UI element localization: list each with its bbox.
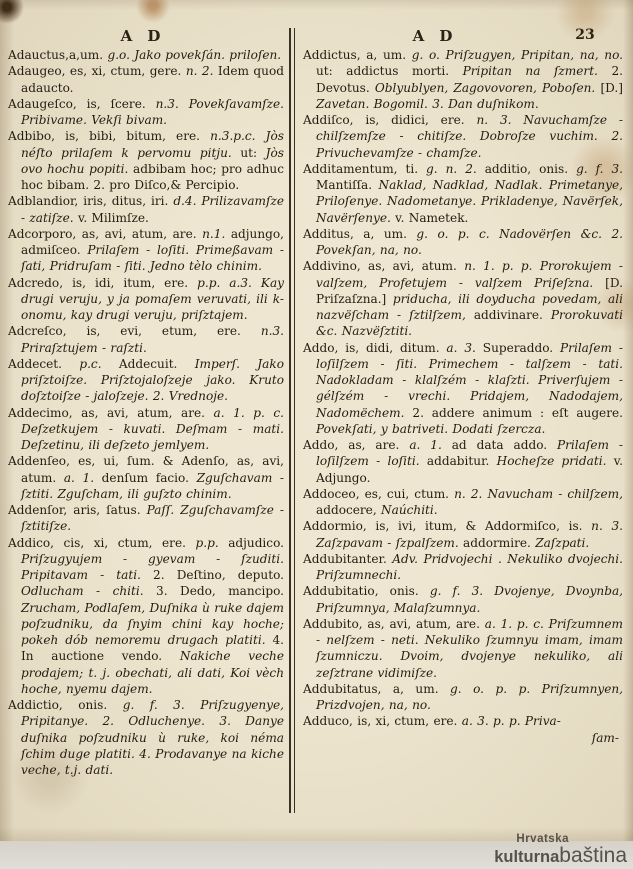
entry-segment: Addivino, as, avi, atum. — [303, 259, 464, 273]
dictionary-entry: Addubito, as, avi, atum, are. a. 1. p. c… — [303, 616, 623, 681]
entry-segment: Addormio, is, ivi, itum, & Addormiſco, i… — [303, 519, 591, 533]
dictionary-entry: Additus, a, um. g. o. p. c. Nadovërſen &… — [303, 226, 623, 259]
entry-segment: 2. addere animum : eſt augere. — [412, 406, 623, 420]
dictionary-entry: Addecimo, as, avi, atum, are. a. 1. p. c… — [8, 405, 284, 454]
dictionary-entry: Addormio, is, ivi, itum, & Addormiſco, i… — [303, 518, 623, 551]
dictionary-entry: Addo, as, are. a. 1. ad data addo. Prila… — [303, 437, 623, 486]
entry-segment: Adblandior, iris, ditus, iri. — [8, 194, 173, 208]
dictionary-entry: Addecet. p.c. Addecuit. Imperſ. Jako pri… — [8, 356, 284, 405]
entry-segment: Naúchiti. — [381, 503, 438, 517]
entry-segment: additio, onis. — [485, 162, 576, 176]
entry-segment: Addecet. — [8, 357, 79, 371]
entry-segment: Addictio, onis. — [8, 698, 123, 712]
entry-segment: Adcredo, is, idi, itum, ere. — [8, 276, 197, 290]
entry-segment: Addubitatio, onis. — [303, 584, 430, 598]
catchword: ſam- — [303, 730, 623, 746]
entry-segment: Addictus, a, um. — [303, 48, 412, 62]
dictionary-entry: Additamentum, ti. g. n. 2. additio, onis… — [303, 161, 623, 226]
entry-segment: Adbibo, is, bibi, bitum, ere. — [8, 129, 210, 143]
dictionary-entry: Addictus, a, um. g. o. Priſzugyen, Pripi… — [303, 47, 623, 112]
dictionary-entry: Adcreſco, is, evi, etum, ere. n.3. Prira… — [8, 323, 284, 356]
entry-segment: Addubitanter. — [303, 552, 392, 566]
entry-segment: addabitur. — [427, 454, 497, 468]
entry-segment: Zaſzpati. — [535, 536, 589, 550]
dictionary-entry: Addubitatio, onis. g. f. 3. Dvojenye, Dv… — [303, 583, 623, 616]
dictionary-entry: Addiſco, is, didici, ere. n. 3. Navucham… — [303, 112, 623, 161]
entry-segment: ut: addictus morti. — [316, 64, 463, 78]
dictionary-entry: Addubitatus, a, um. g. o. p. p. Priſzumn… — [303, 681, 623, 714]
watermark: Hrvatska kulturnabaština — [494, 834, 627, 867]
entry-segment: n. 2. Navucham - chilſzem, — [454, 487, 623, 501]
column-divider — [289, 28, 295, 813]
entry-segment: 2. Deſtino, deputo. — [153, 568, 284, 582]
entry-segment: Hocheſze pridati. — [497, 454, 614, 468]
entry-segment: Addo, as, are. — [303, 438, 409, 452]
entry-segment: p.c. — [79, 357, 119, 371]
dictionary-entry: Adaugeo, es, xi, ctum, gere. n. 2. Idem … — [8, 63, 284, 96]
entry-segment: Mantiſſa. — [316, 178, 379, 192]
entry-segment: Addubitatus, a, um. — [303, 682, 450, 696]
entry-segment: n. 2. — [186, 64, 218, 78]
entry-segment: Adaugeo, es, xi, ctum, gere. — [8, 64, 186, 78]
entry-segment: p.p. — [196, 536, 229, 550]
dictionary-entry: Adbibo, is, bibi, bitum, ere. n.3.p.c. J… — [8, 128, 284, 193]
entry-segment: v. Milimſze. — [78, 211, 149, 225]
dictionary-entry: Addivino, as, avi, atum. n. 1. p. p. Pro… — [303, 258, 623, 339]
running-head-left: A D — [0, 27, 286, 45]
dictionary-entry: Adcredo, is, idi, itum, ere. p.p. a.3. K… — [8, 275, 284, 324]
entry-segment: g. n. 2. — [426, 162, 485, 176]
entry-segment: Addiſco, is, didici, ere. — [303, 113, 476, 127]
entry-segment: Adduco, is, xi, ctum, ere. — [303, 714, 462, 728]
dictionary-entry: Addo, is, didi, ditum. a. 3. Superaddo. … — [303, 340, 623, 438]
entry-segment: Povekſati, y batriveti. Dodati ſzercza. — [316, 422, 545, 436]
watermark-kulturna: kulturna — [494, 848, 559, 866]
dictionary-entry: Adblandior, iris, ditus, iri. d.4. Prili… — [8, 193, 284, 226]
entry-segment: Additamentum, ti. — [303, 162, 426, 176]
entry-segment: g.o. Jako povekſán. priloſen. — [107, 48, 281, 62]
entry-segment: Additus, a, um. — [303, 227, 416, 241]
entry-segment: a. 1. — [409, 438, 451, 452]
entry-segment: a. 3. p. p. Priva- — [462, 714, 561, 728]
dictionary-entry: Addenſeo, es, ui, ſum. & Adenſo, as, avi… — [8, 453, 284, 502]
entry-segment: Addico, cis, xi, ctum, ere. — [8, 536, 196, 550]
entry-segment: [D.] — [600, 81, 623, 95]
entry-segment: Zavetan. Bogomil. 3. Dan duſnikom. — [316, 97, 539, 111]
entry-segment: a. 3. — [446, 341, 482, 355]
entry-segment: Odlucham - chiti. — [21, 584, 156, 598]
entry-segment: n.1. — [202, 227, 231, 241]
entry-segment: addivinare. — [474, 308, 551, 322]
left-column: Adauctus,a,um. g.o. Jako povekſán. prilo… — [8, 47, 284, 778]
scanned-page: A D A D 23 Adauctus,a,um. g.o. Jako pove… — [0, 0, 633, 869]
watermark-line2: kulturnabaština — [494, 845, 627, 866]
entry-segment: Addecuit. — [119, 357, 195, 371]
entry-segment: ad data addo. — [452, 438, 557, 452]
entry-segment: Adcreſco, is, evi, etum, ere. — [8, 324, 261, 338]
entry-segment: Addubito, as, avi, atum, are. — [303, 617, 485, 631]
dictionary-entry: Adcorporo, as, avi, atum, are. n.1. adju… — [8, 226, 284, 275]
entry-segment: Pripitan na ſzmert. — [463, 64, 612, 78]
entry-segment: Adaugeſco, is, ſcere. — [8, 97, 156, 111]
entry-segment: a. 1. — [64, 471, 102, 485]
entry-segment: g. f. 3. — [576, 162, 623, 176]
entry-segment: Addoceo, es, cui, ctum. — [303, 487, 454, 501]
dictionary-entry: Addubitanter. Adv. Pridvojechi . Nekulik… — [303, 551, 623, 584]
entry-segment: denſum facio. — [102, 471, 197, 485]
entry-segment: Adauctus,a,um. — [8, 48, 107, 62]
dictionary-entry: Addico, cis, xi, ctum, ere. p.p. adjudic… — [8, 535, 284, 698]
entry-segment: Adcorporo, as, avi, atum, are. — [8, 227, 202, 241]
watermark-bastina: baština — [559, 844, 627, 867]
dictionary-entry: Addenſor, aris, ſatus. Paſſ. Zguſchavamſ… — [8, 502, 284, 535]
entry-segment: 3. Dedo, mancipo. — [156, 584, 284, 598]
entry-segment: ut: — [240, 146, 265, 160]
entry-segment: Superaddo. — [483, 341, 560, 355]
entry-segment: addormire. — [463, 536, 535, 550]
dictionary-entry: Addoceo, es, cui, ctum. n. 2. Navucham -… — [303, 486, 623, 519]
entry-segment: Zrucham, Podlaſem, Duſnika ù ruke dajem … — [21, 601, 284, 648]
dictionary-entry: Adauctus,a,um. g.o. Jako povekſán. prilo… — [8, 47, 284, 63]
dictionary-entry: Adaugeſco, is, ſcere. n.3. Povekſavamſze… — [8, 96, 284, 129]
entry-segment: Addenſor, aris, ſatus. — [8, 503, 147, 517]
entry-segment: g. o. Priſzugyen, Pripitan, na, no. — [412, 48, 623, 62]
entry-segment: adjudico. — [228, 536, 284, 550]
dictionary-entry: Adduco, is, xi, ctum, ere. a. 3. p. p. P… — [303, 713, 623, 729]
watermark-line1: Hrvatska — [494, 834, 569, 846]
page-number: 23 — [565, 27, 605, 43]
dictionary-entry: Addictio, onis. g. f. 3. Priſzugyenye, P… — [8, 697, 284, 778]
right-column: Addictus, a, um. g. o. Priſzugyen, Pripi… — [303, 47, 623, 746]
entry-segment: Addecimo, as, avi, atum, are. — [8, 406, 214, 420]
entry-segment: v. Nametek. — [395, 211, 468, 225]
running-head-right: A D — [300, 27, 570, 45]
entry-segment: Addo, is, didi, ditum. — [303, 341, 446, 355]
entry-segment: Oblyublyen, Zagovovoren, Poboſen. — [375, 81, 601, 95]
entry-segment: addocere, — [316, 503, 381, 517]
